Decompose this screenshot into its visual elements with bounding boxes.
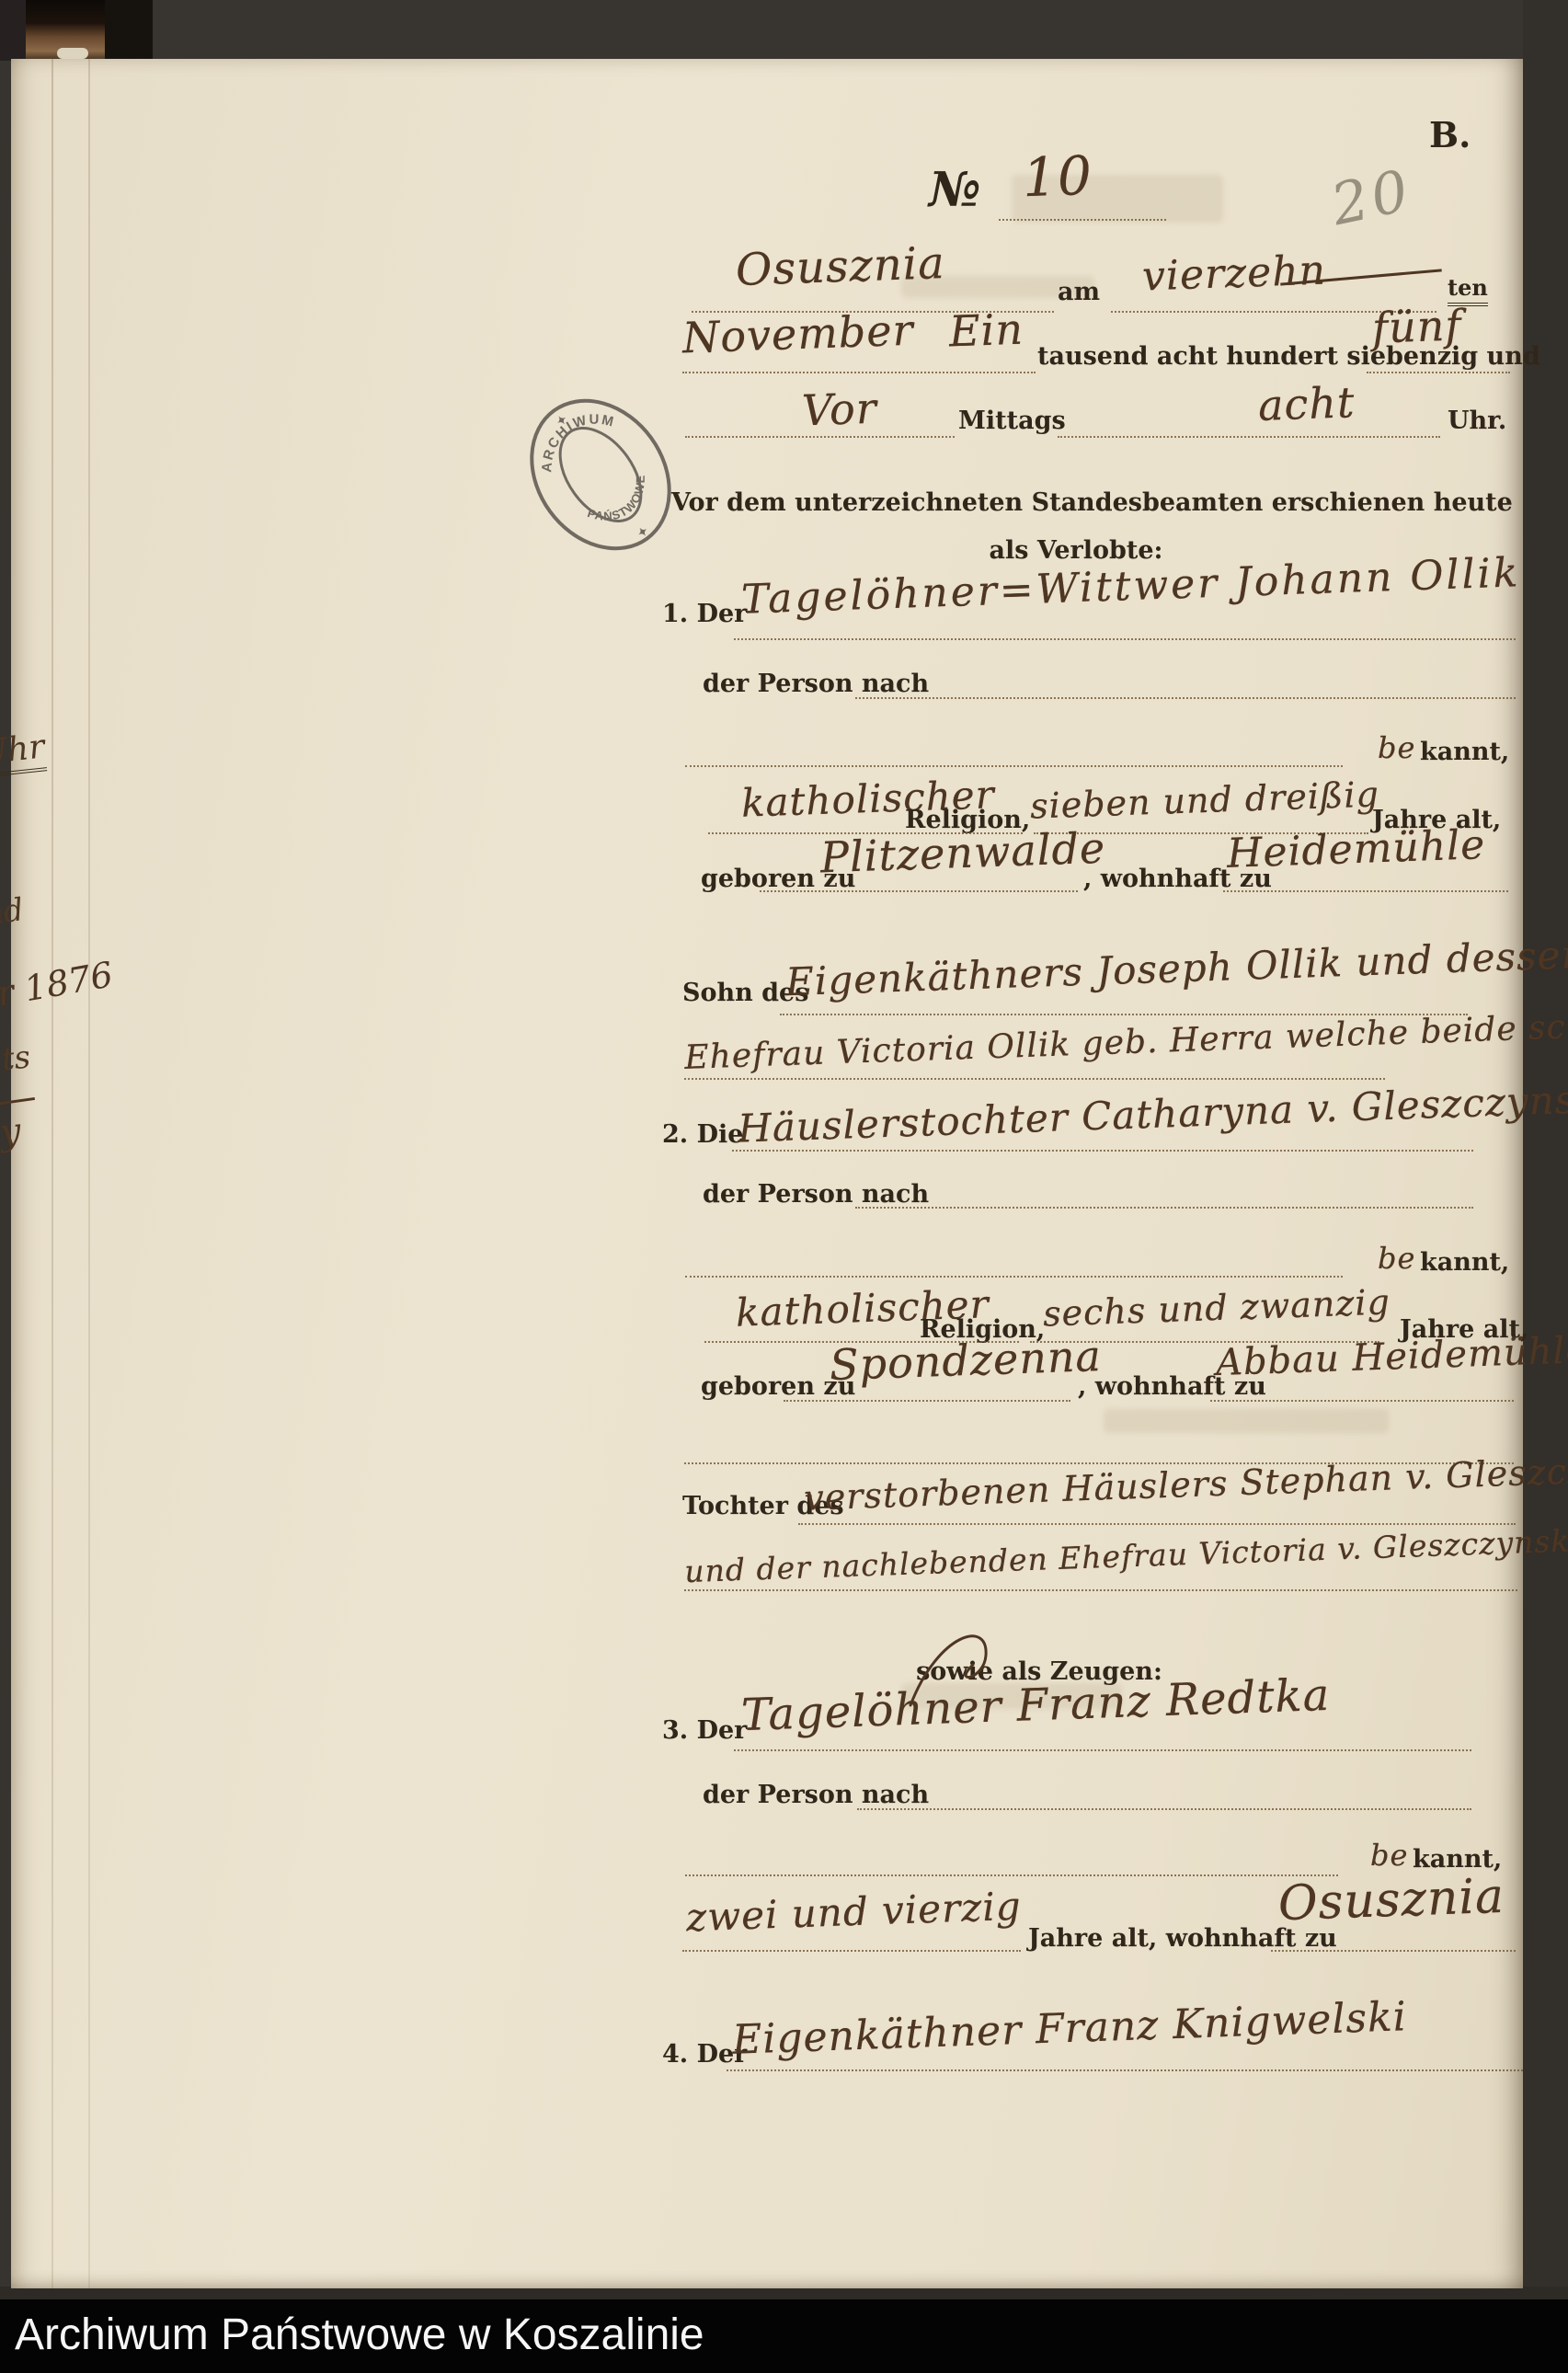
stamp-arc-bottom-text: PAŃSTWOWE [581, 467, 661, 538]
leader-line [1367, 372, 1510, 373]
margin-note-fragment: uts [0, 1038, 32, 1080]
hw-vor: Vor [801, 384, 878, 436]
leader-line [760, 890, 1078, 892]
bride-birthplace: Spondzenna [829, 1331, 1103, 1390]
witness1-index: 3. Der [662, 1716, 747, 1745]
leader-line [1210, 1400, 1514, 1402]
leader-line [682, 1950, 1021, 1952]
svg-text:PAŃSTWOWE: PAŃSTWOWE [581, 467, 661, 538]
leader-line [685, 436, 955, 438]
item-article: Die [697, 1120, 744, 1149]
label-der-person-nach: der Person nach [703, 670, 929, 698]
hw-hour: acht [1257, 377, 1356, 430]
leader-line [685, 765, 1343, 767]
leader-line [1271, 1950, 1516, 1952]
leader-line [798, 1523, 1516, 1525]
hw-month: November [681, 305, 914, 363]
label-der-person-nach: der Person nach [703, 1180, 929, 1209]
leader-line [727, 2069, 1523, 2071]
leader-line [999, 219, 1166, 221]
bride-index: 2. Die [662, 1120, 743, 1149]
margin-note-fragment: y [0, 1110, 23, 1154]
leader-line [1223, 890, 1508, 892]
binding-tuft-highlight [57, 48, 88, 59]
bleedthrough-smudge [1104, 1409, 1389, 1433]
item-number: 4. [662, 2040, 688, 2069]
label-der-person-nach: der Person nach [703, 1781, 929, 1809]
label-kannt: kannt, [1420, 1248, 1509, 1277]
groom-index: 1. Der [662, 600, 747, 628]
leader-line [685, 1276, 1343, 1278]
leader-line [734, 638, 1516, 640]
leader-line [684, 1078, 1385, 1080]
record-number-prefix: № [929, 162, 981, 218]
hw-day: vierzehn [1141, 247, 1327, 301]
leader-line [685, 1874, 1338, 1876]
printed-am: am [1058, 278, 1100, 306]
leader-line [855, 1207, 1473, 1209]
hw-be: be [1370, 1838, 1408, 1873]
hw-be: be [1378, 1241, 1415, 1276]
printed-uhr: Uhr. [1448, 407, 1506, 435]
footer-bar: Archiwum Państwowe w Koszalinie [0, 2299, 1568, 2373]
binding-shadow [0, 0, 28, 61]
archive-caption: Archiwum Państwowe w Koszalinie [15, 2310, 704, 2360]
top-background-strip [0, 0, 1568, 61]
fold-crease-main [88, 59, 90, 2288]
leader-line [1058, 436, 1440, 438]
margin-note-fragment: Uhr [0, 728, 47, 777]
item-article: Der [697, 1716, 748, 1745]
leader-line [732, 1150, 1473, 1152]
corner-letter: B. [1429, 114, 1471, 155]
hw-place: Osusznia [735, 237, 946, 296]
leader-line [684, 1589, 1517, 1591]
intro-line1: Vor dem unterzeichneten Standesbeamten e… [671, 488, 1481, 517]
leader-line [784, 1400, 1070, 1402]
witness1-residence: Osusznia [1277, 1869, 1505, 1932]
printed-year: tausend acht hundert siebenzig und [1037, 342, 1540, 371]
leader-line [855, 697, 1516, 699]
leader-line [734, 1749, 1471, 1751]
hw-ein: Ein [948, 304, 1024, 357]
document-scan-page: B. № 10 20 Osusznia am vierzehn ten Nove… [0, 0, 1568, 2373]
hw-be: be [1378, 730, 1415, 765]
item-article: Der [697, 600, 748, 628]
printed-mittags: Mittags [958, 407, 1066, 435]
item-number: 3. [662, 1716, 688, 1745]
groom-birthplace: Plitzenwalde [819, 823, 1106, 883]
leader-line [682, 372, 1036, 373]
label-kannt: kannt, [1420, 738, 1509, 766]
groom-residence: Heidemühle [1226, 821, 1486, 877]
fold-crease-left [52, 59, 53, 2288]
leader-line [857, 1808, 1471, 1810]
hw-year-unit: fünf [1371, 300, 1462, 352]
item-number: 2. [662, 1120, 688, 1149]
item-number: 1. [662, 600, 688, 628]
binding-dark-band [105, 0, 153, 61]
record-number-value: 10 [1022, 144, 1093, 210]
